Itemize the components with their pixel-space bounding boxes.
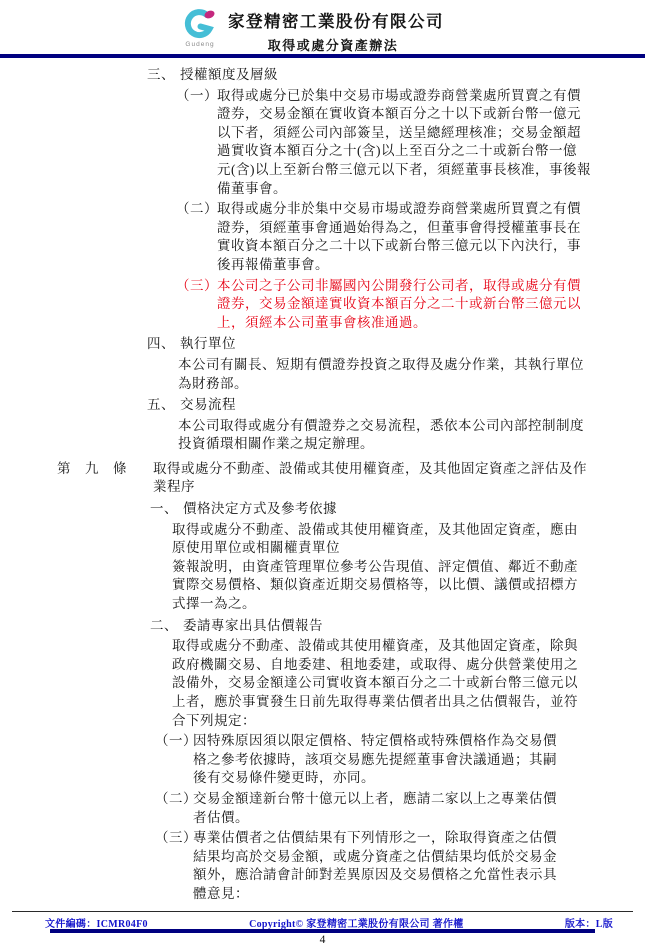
footer-copyright: Copyright© 家登精密工業股份有限公司 著作權 [249, 915, 463, 930]
list-label: 第 九 條 [57, 460, 127, 479]
list-label: 二、 [150, 617, 178, 636]
footer-version: 版本：L版 [565, 915, 613, 930]
paragraph-text: 本公司有關長、短期有價證券投資之取得及處分作業，其執行單位 為財務部。 [178, 356, 637, 393]
section-heading-4: 四、執行單位 [147, 335, 637, 354]
list-label: （二） [176, 200, 218, 219]
document-body: 三、授權額度及層級（一）取得或處分已於集中交易市場或證券商營業處所買賣之有價 證… [0, 63, 645, 906]
section-heading-5: 五、交易流程 [147, 396, 637, 415]
paragraph-text: 委請專家出具估價報告 [183, 617, 637, 636]
paragraph-text: 執行單位 [180, 335, 637, 354]
paragraph-text: 交易金額達新台幣十億元以上者，應請二家以上之專業估價 者估價。 [193, 790, 637, 827]
paragraph-text: 本公司之子公司非屬國內公開發行公司者，取得或處分有價 證券，交易金額達實收資本額… [217, 277, 637, 333]
paragraph-text: 本公司取得或處分有價證券之交易流程，悉依本公司內部控制制度 投資循環相關作業之規… [178, 417, 637, 454]
paragraph-text: 取得或處分已於集中交易市場或證券商營業處所買賣之有價 證券，交易金額在實收資本額… [217, 87, 637, 199]
clause-9-2-3: （三）專業估價者之估價結果有下列情形之一，除取得資產之估價 結果均高於交易金額，… [155, 829, 637, 903]
brand-caption: Gudeng [176, 41, 224, 48]
list-label: 四、 [147, 335, 175, 354]
paragraph-text: 交易流程 [180, 396, 637, 415]
list-label: 五、 [147, 396, 175, 415]
article-9-item-1: 一、價格決定方式及參考依據 [150, 500, 637, 519]
article-9-item-2-body: 取得或處分不動產、設備或其使用權資產，及其他固定資產，除與 政府機關交易、自地委… [172, 637, 637, 730]
article-9-item-2: 二、委請專家出具估價報告 [150, 617, 637, 636]
list-label: （一） [176, 87, 218, 106]
footer-doc-code: 文件編碼：ICMR04F0 [45, 915, 148, 930]
footer-row: 文件編碼：ICMR04F0 Copyright© 家登精密工業股份有限公司 著作… [45, 915, 613, 930]
footer-thick-rule [50, 929, 595, 933]
clause-9-2-2: （二）交易金額達新台幣十億元以上者，應請二家以上之專業估價 者估價。 [155, 790, 637, 827]
page-number: 4 [0, 934, 645, 946]
clause-3-1: （一）取得或處分已於集中交易市場或證券商營業處所買賣之有價 證券，交易金額在實收… [176, 87, 637, 199]
footer-thin-rule [12, 911, 633, 912]
list-label: 一、 [150, 500, 178, 519]
document-title: 取得或處分資產辦法 [228, 35, 438, 54]
list-label: （三） [176, 277, 218, 296]
section-4-body: 本公司有關長、短期有價證券投資之取得及處分作業，其執行單位 為財務部。 [178, 356, 637, 393]
company-logo: Gudeng [176, 8, 224, 48]
list-label: （三） [155, 829, 197, 848]
company-name: 家登精密工業股份有限公司 [228, 8, 438, 32]
list-label: （一） [155, 732, 197, 751]
section-5-body: 本公司取得或處分有價證券之交易流程，悉依本公司內部控制制度 投資循環相關作業之規… [178, 417, 637, 454]
paragraph-text: 取得或處分不動產、設備或其使用權資產，及其他固定資產，除與 政府機關交易、自地委… [172, 637, 637, 730]
paragraph-text: 取得或處分不動產、設備或其使用權資產，及其他固定資產，應由 原使用單位或相關權責… [172, 521, 637, 614]
clause-3-2: （二）取得或處分非於集中交易市場或證券商營業處所買賣之有價 證券，須經董事會通過… [176, 200, 637, 274]
clause-9-2-1: （一）因特殊原因須以限定價格、特定價格或特殊價格作為交易價 格之參考依據時，該項… [155, 732, 637, 788]
paragraph-text: 取得或處分非於集中交易市場或證券商營業處所買賣之有價 證券，須經董事會通過始得為… [217, 200, 637, 274]
paragraph-text: 因特殊原因須以限定價格、特定價格或特殊價格作為交易價 格之參考依據時，該項交易應… [193, 732, 637, 788]
header-titles: 家登精密工業股份有限公司 取得或處分資產辦法 [228, 8, 438, 54]
document-page: Gudeng 家登精密工業股份有限公司 取得或處分資產辦法 三、授權額度及層級（… [0, 0, 645, 949]
section-heading-3: 三、授權額度及層級 [147, 66, 637, 85]
paragraph-text: 授權額度及層級 [180, 66, 637, 85]
paragraph-text: 取得或處分不動產、設備或其使用權資產，及其他固定資產之評估及作 業程序 [153, 460, 637, 497]
article-9-item-1-body: 取得或處分不動產、設備或其使用權資產，及其他固定資產，應由 原使用單位或相關權責… [172, 521, 637, 614]
list-label: （二） [155, 790, 197, 809]
gudeng-logo-icon [180, 8, 220, 40]
article-9-heading: 第 九 條取得或處分不動產、設備或其使用權資產，及其他固定資產之評估及作 業程序 [57, 460, 637, 497]
clause-3-3: （三）本公司之子公司非屬國內公開發行公司者，取得或處分有價 證券，交易金額達實收… [176, 277, 637, 333]
header-rule [0, 54, 645, 58]
list-label: 三、 [147, 66, 175, 85]
paragraph-text: 價格決定方式及參考依據 [183, 500, 637, 519]
paragraph-text: 專業估價者之估價結果有下列情形之一，除取得資產之估價 結果均高於交易金額，或處分… [193, 829, 637, 903]
